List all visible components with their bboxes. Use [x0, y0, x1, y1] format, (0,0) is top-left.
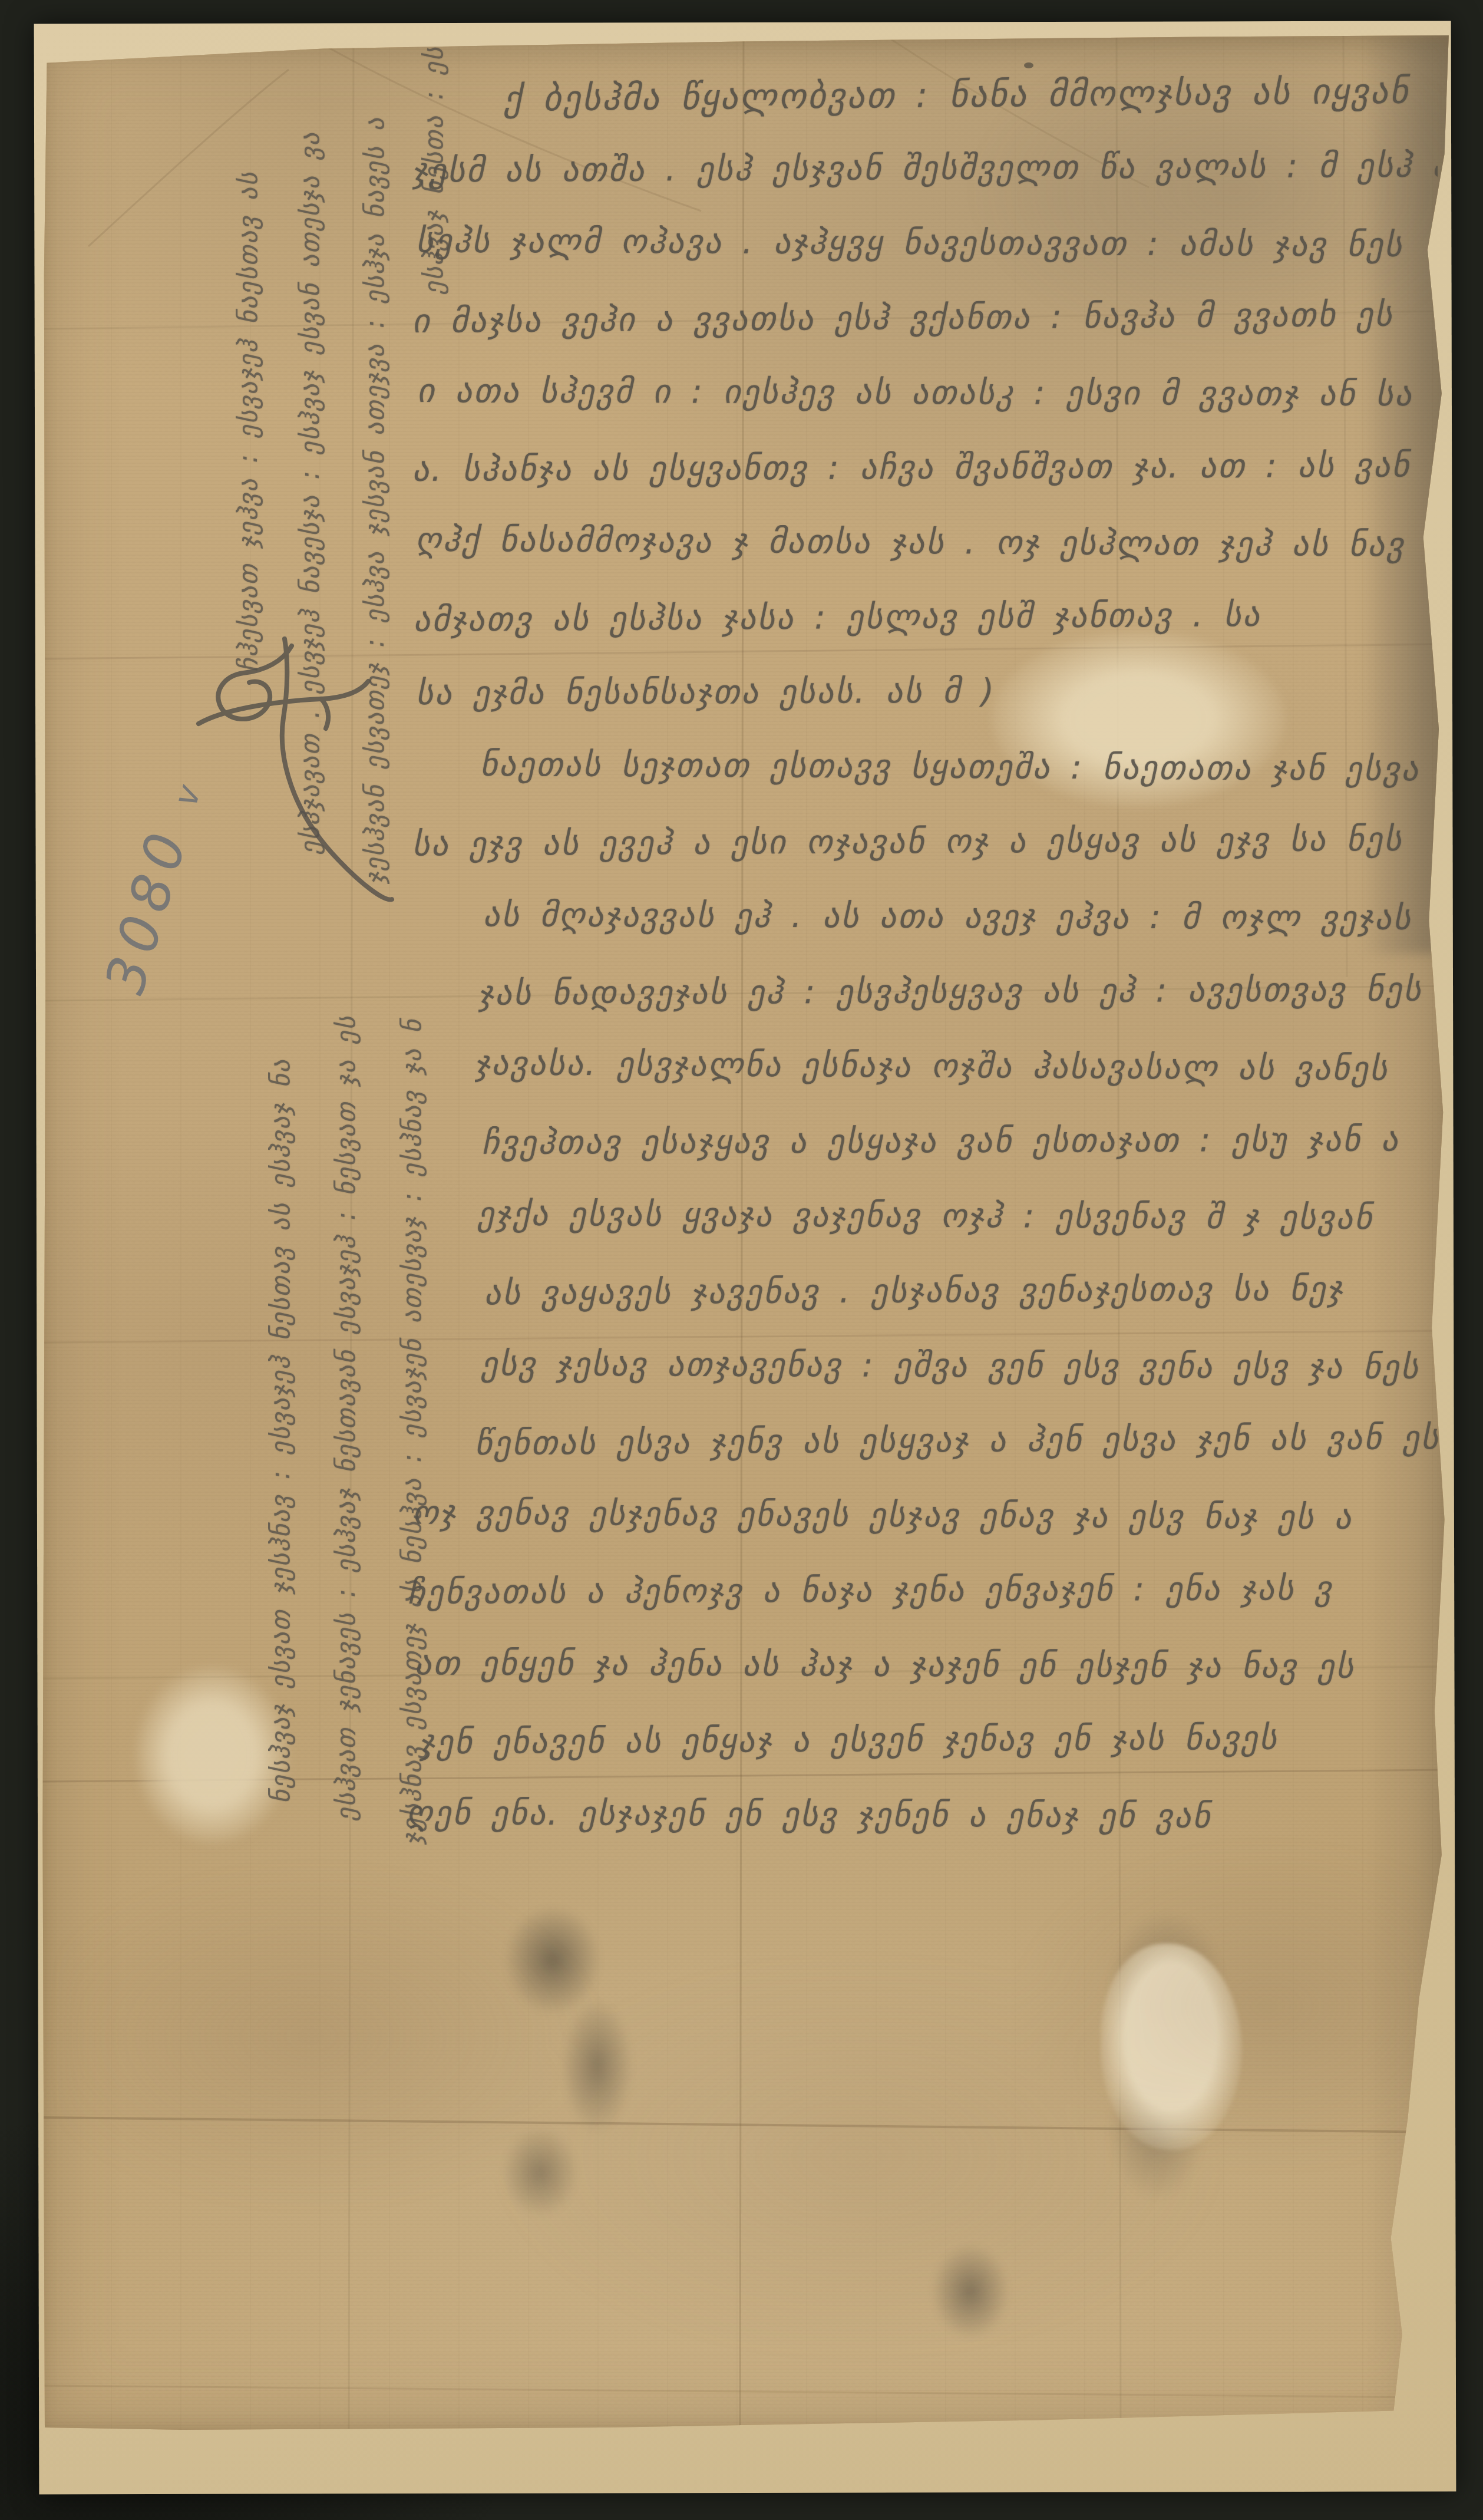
margin-note-column: ნესჰვაჯ ესვათ ჯესჰნავ : ესვაჯეჰ ნესთავ ა… [268, 961, 306, 1803]
text-line: სა ეჯმა ნესანსაჯთა ესას. ას მ ) [416, 674, 1099, 743]
text-line: ჯავასა. ესვჯალნა ესნაჯა ოჯშა ჰასავასალ ა… [475, 1047, 1445, 1119]
text-line: ა. სჰანჯა ას ესყვანთვ : აჩვა შვანშვათ ჯა… [412, 448, 1435, 519]
text-line: ღჰქ ნასამმოჯავა ჯ მათსა ჯას . ოჯ ესჰლათ … [415, 523, 1432, 594]
text-line: ჯესმ ას ათშა . ესჰ ესჯვან შესშველთ წა ვა… [412, 149, 1438, 220]
archival-number: 3080 v [93, 774, 213, 1001]
text-line: ნაეთას სეჯთათ ესთავვ სყათეშა : ნაეთათა ჯ… [480, 748, 1447, 819]
text-line: ჯენ ენავენ ას ენყაჯ ა ესვენ ჯენავ ენ ჯას… [420, 1721, 1380, 1792]
photo-of-manuscript: { "photo": { "background_color": "#20221… [0, 0, 1483, 2520]
text-line: ღენ ენა. ესჯაჯენ ენ ესვ ჯენენ ა ენაჯ ენ … [407, 1796, 1261, 1866]
archival-number-digits: 3080 [93, 819, 201, 1000]
margin-note-column: ჯესჰვან ესვათეჯ : ესჰვა ჯესვან ათეჯვა : … [362, 53, 400, 884]
text-line: ჩვეჰთავ ესაჯყავ ა ესყაჯა ვან ესთაჯათ : ე… [482, 1123, 1448, 1192]
text-line: ამჯათვ ას ესჰსა ჯასა : ესლავ ესშ ჯანთავ … [414, 598, 1322, 669]
text-line: ქ ბესჰმა წყალობვათ : ნანა მმოლჯსავ ას იყ… [504, 72, 1423, 147]
margin-note-column: ესჰჯავათ . ესვჯეჰ ნავესჯა : ესჰვაჯ ესვან… [298, 65, 335, 855]
paper-loss-patch [1101, 1944, 1242, 2150]
margin-note-column: ესჰვაჯ ნესთა : ეს [421, 41, 459, 295]
text-line: ას ვაყავეს ჯავენავ . ესჯანავ ვენაჯესთავ … [484, 1272, 1445, 1343]
ink-blotch [903, 2209, 1038, 2374]
margin-note-column: ესჰვათ ჯენავეს : ესჰვაჯ ნესთავან ესვაჯეჰ… [333, 925, 371, 1821]
verso-mark: v [167, 780, 209, 810]
text-line: ოჯ ვენავ ესჯენავ ენავეს ესჯავ ენავ ჯა ეს… [412, 1496, 1441, 1567]
water-stains-lower [65, 1826, 1432, 2427]
text-line: წენთას ესვა ჯენვ ას ესყვაჯ ა ჰენ ესვა ჯე… [475, 1421, 1445, 1493]
text-line: ი მაჯსა ვეჰი ა ვვათსა ესჰ ვქანთა : ნავჰა… [412, 298, 1432, 371]
pale-patch-left [136, 1667, 289, 1843]
margin-note-column: ჯესჰნავ ესვათეჯ ას ნესჰვა : ესვაჯენ ათეს… [399, 913, 437, 1845]
text-line: ას მღაჯავვას ეჰ . ას ათა ავეჯ ეჰვა : მ ო… [483, 898, 1438, 968]
text-line: ეჯქა ესვას ყვაჯა ვაჯენავ ოჯჰ : ესვენავ შ… [477, 1197, 1432, 1267]
text-line: ესვ ჯესავ ათჯავენავ : ეშვა ვენ ესვ ვენა … [481, 1347, 1441, 1417]
stain-ring [1066, 1891, 1267, 2221]
text-line: სეჰს ჯალმ ოჰავა . აჯჰყვყ ნავესთავვათ : ა… [416, 224, 1438, 295]
margin-note-column: ჩჰესვათ ჯეჰვა : ესვაჯეჰ ნაესთავ ას [236, 88, 273, 672]
ink-dot [1024, 62, 1033, 68]
text-line: ათ ენყენ ჯა ჰენა ას ჰაჯ ა ჯაჯენ ენ ესჯენ… [415, 1647, 1440, 1716]
text-line: ი ათა სჰევმ ი : იესჰევ ას ათასკ : ესვი მ… [417, 374, 1442, 444]
text-line: სა ეჯვ ას ევეჰ ა ესი ოჯავან ოჯ ა ესყავ ა… [412, 822, 1432, 893]
manuscript-sheet: ქ ბესჰმა წყალობვათ : ნანა მმოლჯსავ ას იყ… [41, 34, 1453, 2430]
text-line: ჩენვათას ა ჰენოჯვ ა ნაჯა ჯენა ენვაჯენ : … [408, 1571, 1439, 1642]
smudge-cluster [454, 1896, 701, 2250]
text-line: ჯას ნადავეჯას ეჰ : ესვჰესყვავ ას ეჰ : ავ… [478, 972, 1445, 1043]
